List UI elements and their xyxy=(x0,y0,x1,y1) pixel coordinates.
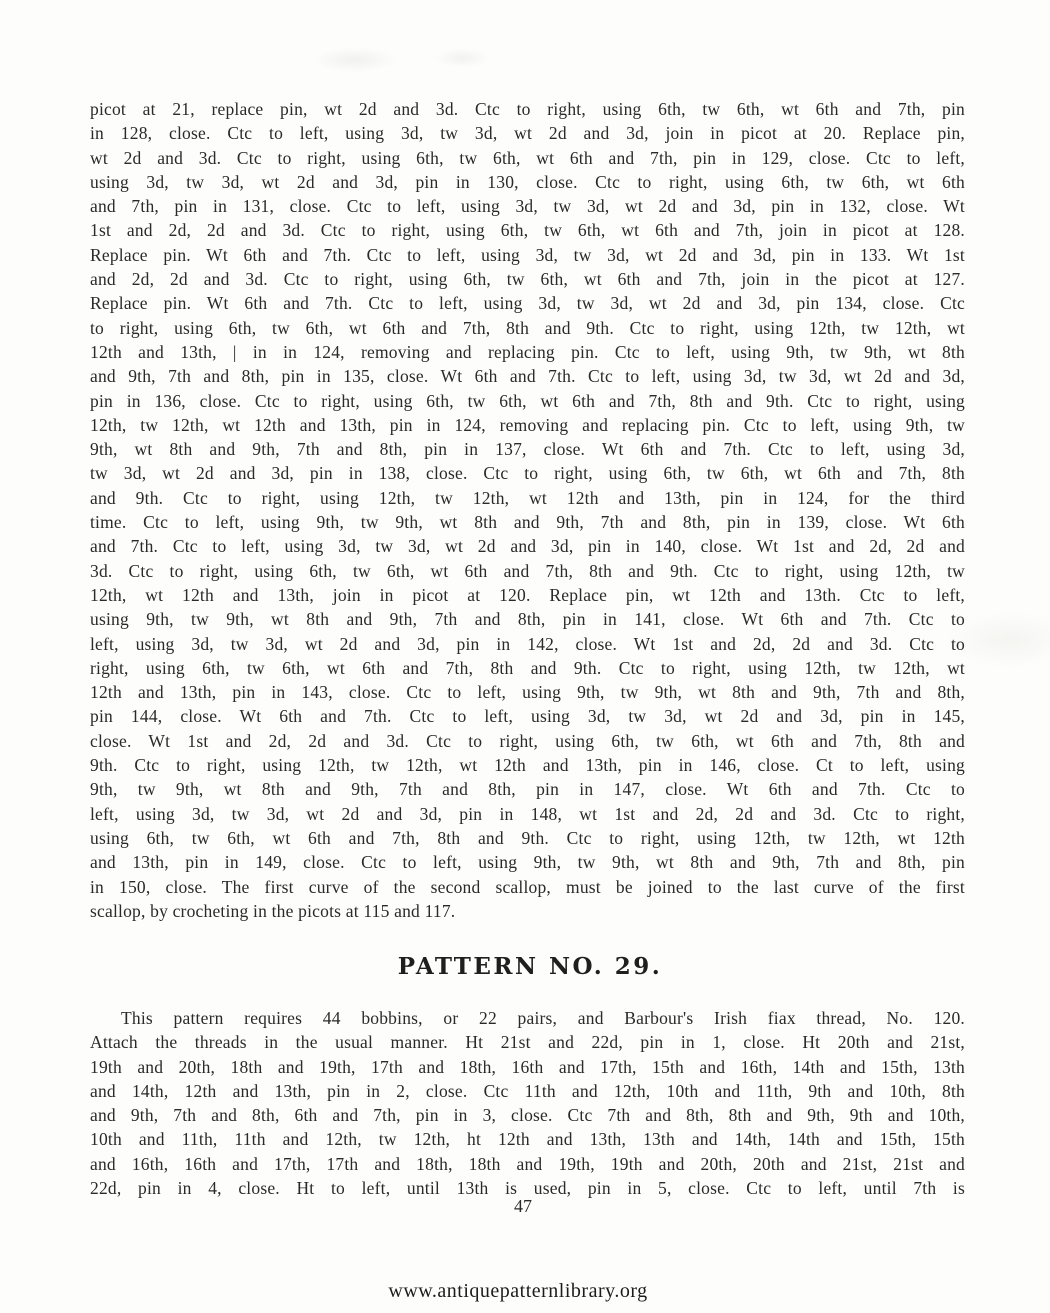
text-line: and 14th, 12th and 13th, pin in 2, close… xyxy=(90,1079,965,1103)
text-line: 10th and 11th, 11th and 12th, tw 12th, h… xyxy=(90,1127,965,1151)
text-line: close. Wt 1st and 2d, 2d and 3d. Ctc to … xyxy=(90,729,965,753)
text-line: pin 144, close. Wt 6th and 7th. Ctc to l… xyxy=(90,704,965,728)
text-line: to right, using 6th, tw 6th, wt 6th and … xyxy=(90,316,965,340)
text-line: and 9th. Ctc to right, using 12th, tw 12… xyxy=(90,486,965,510)
text-line: in 128, close. Ctc to left, using 3d, tw… xyxy=(90,121,965,145)
text-line: 1st and 2d, 2d and 3d. Ctc to right, usi… xyxy=(90,218,965,242)
text-line: and 7th, pin in 131, close. Ctc to left,… xyxy=(90,194,965,218)
text-line: and 13th, pin in 149, close. Ctc to left… xyxy=(90,850,965,874)
text-line: pin in 136, close. Ctc to right, using 6… xyxy=(90,389,965,413)
text-line: picot at 21, replace pin, wt 2d and 3d. … xyxy=(90,97,965,121)
scanned-book-page: picot at 21, replace pin, wt 2d and 3d. … xyxy=(0,0,1050,1313)
text-line: and 9th, 7th and 8th, 6th and 7th, pin i… xyxy=(90,1103,965,1127)
text-line: wt 2d and 3d. Ctc to right, using 6th, t… xyxy=(90,146,965,170)
text-line: 12th, tw 12th, wt 12th and 13th, pin in … xyxy=(90,413,965,437)
text-line: 9th, wt 8th and 9th, 7th and 8th, pin in… xyxy=(90,437,965,461)
text-line: time. Ctc to left, using 9th, tw 9th, wt… xyxy=(90,510,965,534)
text-line: and 2d, 2d and 3d. Ctc to right, using 6… xyxy=(90,267,965,291)
text-line: 12th, wt 12th and 13th, join in picot at… xyxy=(90,583,965,607)
page-number: 47 xyxy=(0,1196,1046,1217)
text-line: right, using 6th, tw 6th, wt 6th and 7th… xyxy=(90,656,965,680)
text-line: Replace pin. Wt 6th and 7th. Ctc to left… xyxy=(90,291,965,315)
text-line: using 6th, tw 6th, wt 6th and 7th, 8th a… xyxy=(90,826,965,850)
text-line: using 3d, tw 3d, wt 2d and 3d, pin in 13… xyxy=(90,170,965,194)
text-line: using 9th, tw 9th, wt 8th and 9th, 7th a… xyxy=(90,607,965,631)
text-line: and 7th. Ctc to left, using 3d, tw 3d, w… xyxy=(90,534,965,558)
text-line: and 9th, 7th and 8th, pin in 135, close.… xyxy=(90,364,965,388)
text-line: 9th, tw 9th, wt 8th and 9th, 7th and 8th… xyxy=(90,777,965,801)
pattern-heading: PATTERN NO. 29. xyxy=(0,953,1050,980)
text-line: This pattern requires 44 bobbins, or 22 … xyxy=(90,1006,965,1030)
text-line: and 16th, 16th and 17th, 17th and 18th, … xyxy=(90,1152,965,1176)
text-line: tw 3d, wt 2d and 3d, pin in 138, close. … xyxy=(90,461,965,485)
text-line: Replace pin. Wt 6th and 7th. Ctc to left… xyxy=(90,243,965,267)
text-line: 19th and 20th, 18th and 19th, 17th and 1… xyxy=(90,1055,965,1079)
text-line: left, using 3d, tw 3d, wt 2d and 3d, pin… xyxy=(90,802,965,826)
footer-url: www.antiquepatternlibrary.org xyxy=(0,1280,1036,1303)
text-line: 3d. Ctc to right, using 6th, tw 6th, wt … xyxy=(90,559,965,583)
text-line: 12th and 13th, pin in 143, close. Ctc to… xyxy=(90,680,965,704)
text-line: Attach the threads in the usual manner. … xyxy=(90,1030,965,1054)
text-line: in 150, close. The first curve of the se… xyxy=(90,875,965,899)
pattern-28-continuation-paragraph: picot at 21, replace pin, wt 2d and 3d. … xyxy=(90,97,965,923)
text-line: 12th and 13th, | in in 124, removing and… xyxy=(90,340,965,364)
text-line: left, using 3d, tw 3d, wt 2d and 3d, pin… xyxy=(90,632,965,656)
pattern-29-instructions-paragraph: This pattern requires 44 bobbins, or 22 … xyxy=(90,1006,965,1200)
text-line: scallop, by crocheting in the picots at … xyxy=(90,899,965,923)
text-line: 9th. Ctc to right, using 12th, tw 12th, … xyxy=(90,753,965,777)
